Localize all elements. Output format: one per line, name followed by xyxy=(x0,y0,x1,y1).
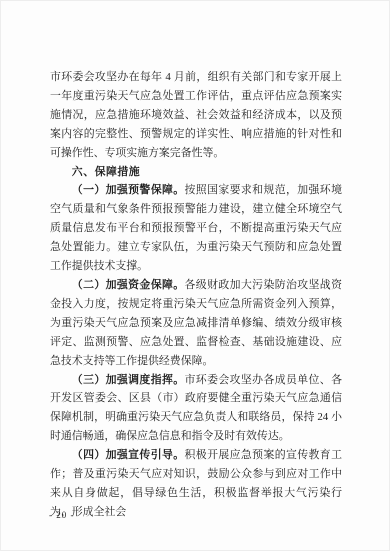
paragraph-text: 按照国家要求和规范，加强环境空气质量和气象条件预报预警能力建设，建立健全环境空气… xyxy=(50,184,342,272)
paragraph-text: 市环委会攻坚办在每年 4 月前，组织有关部门和专家开展上一年度重污染天气应急处置… xyxy=(50,71,342,159)
document-page: 市环委会攻坚办在每年 4 月前，组织有关部门和专家开展上一年度重污染天气应急处置… xyxy=(0,0,390,551)
paragraph-dispatch-command: （三）加强调度指挥。市环委会攻坚办各成员单位、各开发区管委会、区县（市）政府要健… xyxy=(50,371,342,447)
paragraph-lead: （四）加强宣传引导。 xyxy=(72,449,185,461)
paragraph-publicity-guidance: （四）加强宣传引导。积极开展应急预案的宣传教育工作；普及重污染天气应对知识，鼓励… xyxy=(50,446,342,522)
document-body: 市环委会攻坚办在每年 4 月前，组织有关部门和专家开展上一年度重污染天气应急处置… xyxy=(50,68,342,522)
paragraph-text: 各级财政加大污染防治攻坚战资金投入力度，按规定将重污染天气应急所需资金列入预算，… xyxy=(50,279,342,367)
page-number: - 20 - xyxy=(49,510,75,520)
paragraph-lead: （三）加强调度指挥。 xyxy=(72,374,185,386)
paragraph-warning-safeguard: （一）加强预警保障。按照国家要求和规范，加强环境空气质量和气象条件预报预警能力建… xyxy=(50,181,342,276)
paragraph-lead: （一）加强预警保障。 xyxy=(72,184,185,196)
paragraph-evaluation: 市环委会攻坚办在每年 4 月前，组织有关部门和专家开展上一年度重污染天气应急处置… xyxy=(50,68,342,163)
section-heading-safeguard-measures: 六、保障措施 xyxy=(50,163,342,182)
paragraph-lead: （二）加强资金保障。 xyxy=(72,279,185,291)
paragraph-funding-safeguard: （二）加强资金保障。各级财政加大污染防治攻坚战资金投入力度，按规定将重污染天气应… xyxy=(50,276,342,371)
